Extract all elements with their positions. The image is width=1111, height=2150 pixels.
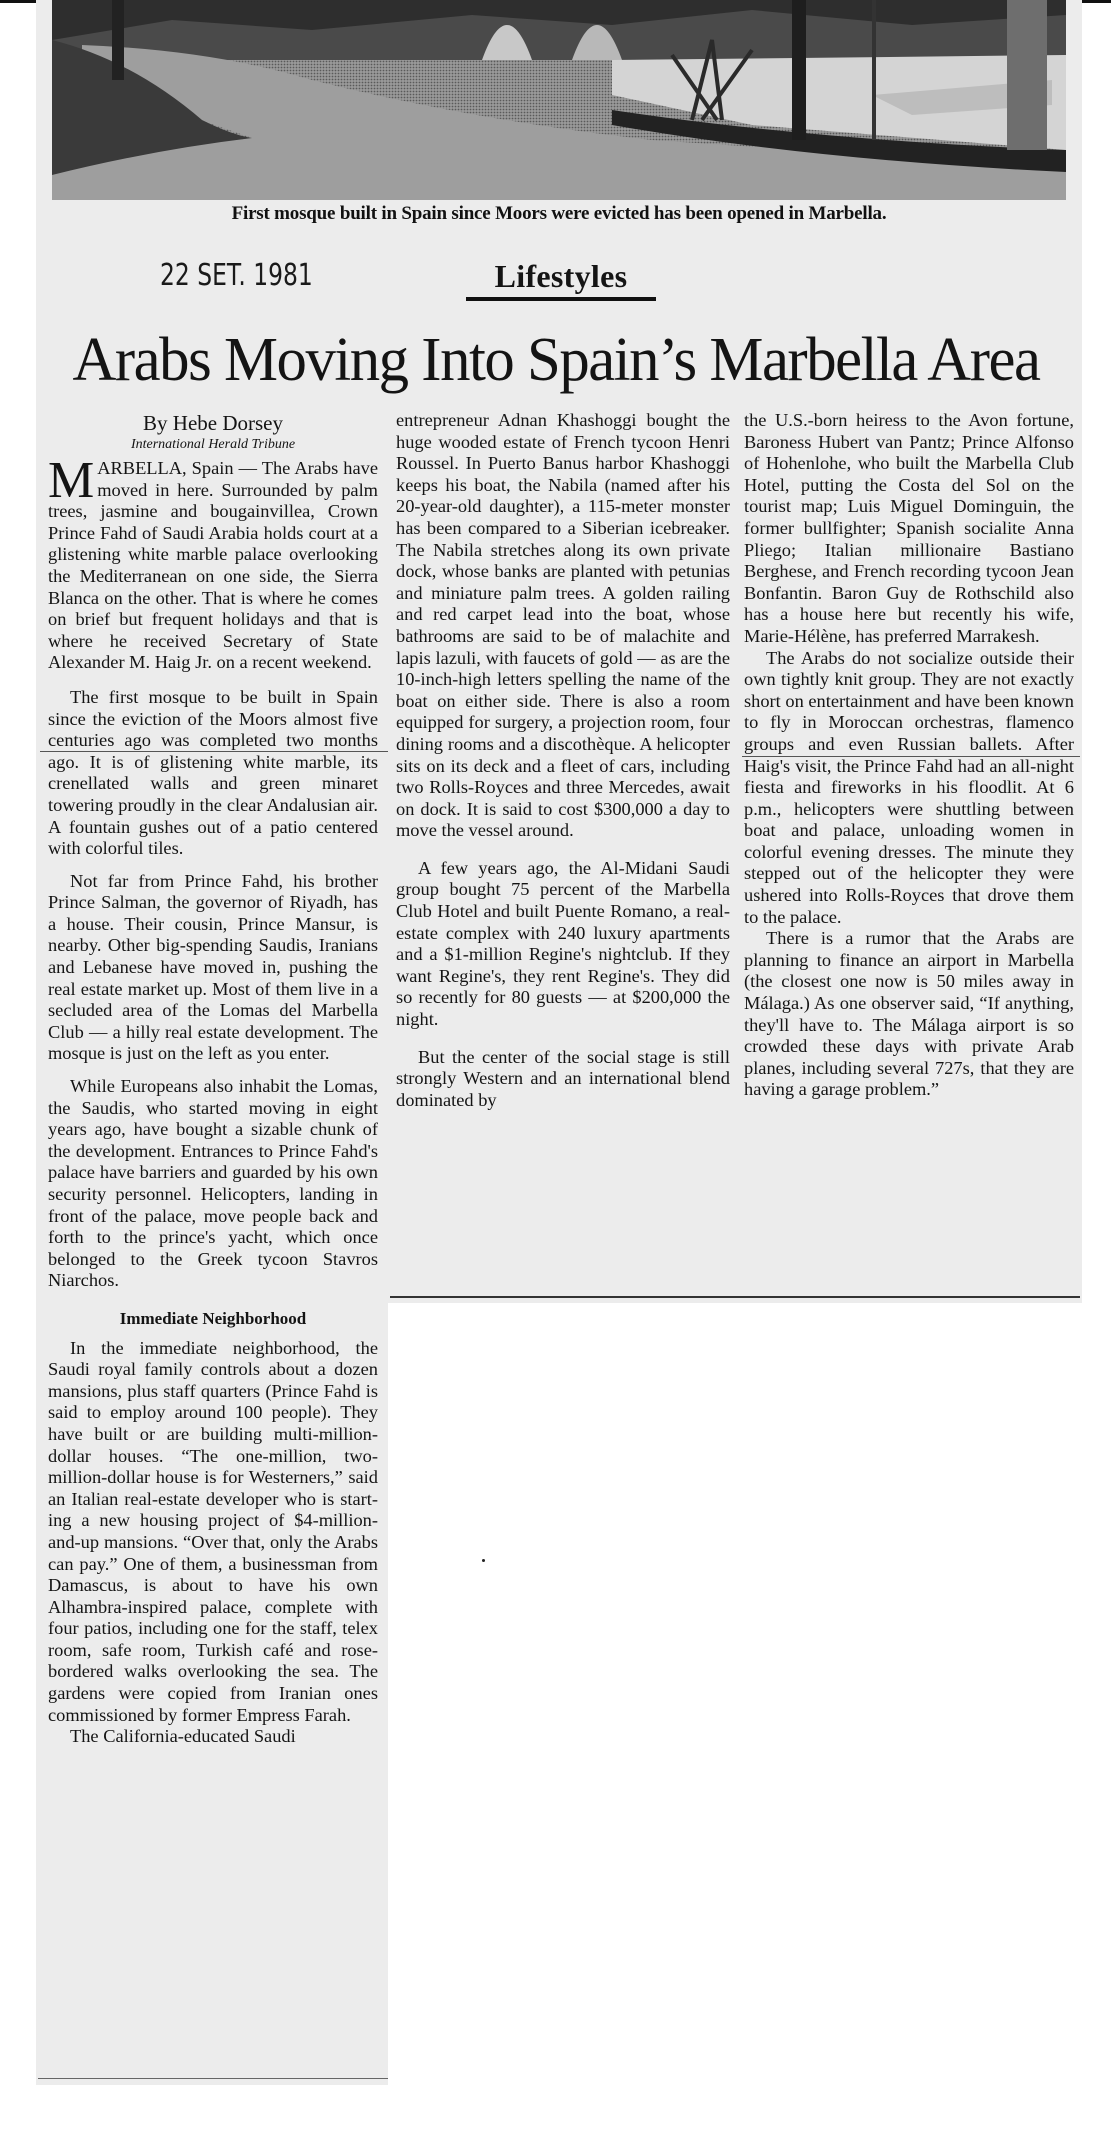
section-label: Lifestyles — [466, 258, 656, 301]
drop-cap: M — [48, 458, 94, 501]
paragraph: A few years ago, the Al-Midani Saudi gro… — [396, 858, 730, 1031]
photo-illustration — [52, 0, 1066, 200]
byline: By Hebe Dorsey — [48, 410, 378, 436]
paragraph: entrepreneur Adnan Khashoggi bought the … — [396, 410, 730, 842]
headline: Arabs Moving Into Spain’s Marbella Area — [66, 325, 1046, 396]
blank-page-area — [388, 1303, 1088, 2103]
paragraph: the U.S.-born heiress to the Avon fortun… — [744, 410, 1074, 648]
scan-speck — [482, 1559, 485, 1562]
clipping-bottom-edge — [38, 2078, 388, 2079]
scan-edge-mark-right — [1081, 0, 1111, 3]
paragraph: Not far from Prince Fahd, his brother Pr… — [48, 871, 378, 1065]
clipping-bottom-edge — [390, 1296, 1080, 1298]
paragraph: While Europeans also inhabit the Lomas, … — [48, 1076, 378, 1292]
lead-paragraph-text: ARBELLA, Spain — The Arabs have moved in… — [48, 458, 378, 672]
article-column-1: By Hebe Dorsey International Herald Trib… — [48, 410, 378, 1748]
subheading: Immediate Neighborhood — [48, 1308, 378, 1330]
scan-fold-line — [742, 756, 1080, 757]
lead-paragraph: MARBELLA, Spain — The Arabs have moved i… — [48, 458, 378, 674]
paragraph: There is a rumor that the Arabs are plan… — [744, 928, 1074, 1101]
paragraph: In the immediate neighborhood, the Saudi… — [48, 1338, 378, 1727]
paragraph: But the center of the social stage is st… — [396, 1047, 730, 1112]
byline-affiliation: International Herald Tribune — [48, 436, 378, 454]
paragraph: The Arabs do not socialize out­side thei… — [744, 648, 1074, 929]
paragraph: The California-educated Saudi — [48, 1726, 378, 1748]
article-column-2: entrepreneur Adnan Khashoggi bought the … — [396, 410, 730, 1111]
date-stamp: 22 SET. 1981 — [160, 258, 313, 293]
scan-fold-line — [40, 751, 388, 752]
paragraph: The first mosque to be built in Spain si… — [48, 687, 378, 860]
mosque-photo — [52, 0, 1066, 200]
scan-edge-mark-left — [0, 0, 38, 3]
photo-caption: First mosque built in Spain since Moors … — [52, 203, 1066, 225]
